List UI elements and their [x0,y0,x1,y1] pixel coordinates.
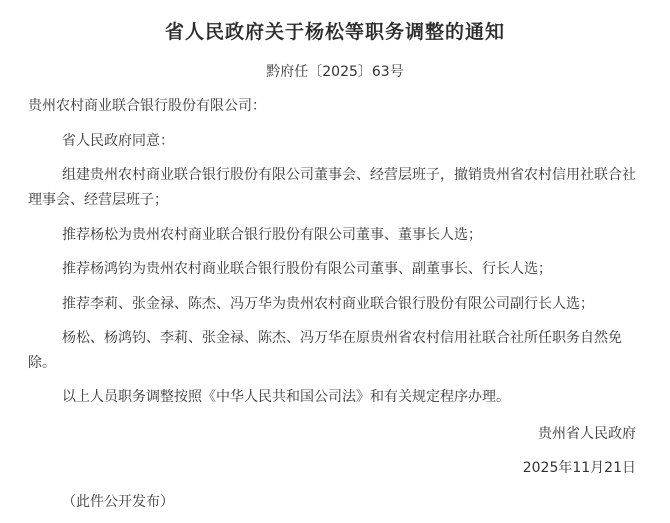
signature-organization: 贵州省人民政府 [538,424,636,444]
paragraph-restructure-line2: 理事会、经营层班子； [28,190,168,210]
paragraph-restructure-line1: 组建贵州农村商业联合银行股份有限公司董事会、经营层班子，撤销贵州省农村信用社联合… [62,165,636,185]
paragraph-president-nomination: 推荐杨鸿钧为贵州农村商业联合银行股份有限公司董事、副董事长、行长人选； [62,259,552,279]
document-title: 省人民政府关于杨松等职务调整的通知 [0,20,670,44]
addressee: 贵州农村商业联合银行股份有限公司： [28,96,266,116]
document-number: 黔府任〔2025〕63号 [0,62,670,82]
paragraph-dismissal-line1: 杨松、杨鸿钧、李莉、张金禄、陈杰、冯万华在原贵州省农村信用社联合社所任职务自然免 [62,328,622,348]
paragraph-vice-president-nomination: 推荐李莉、张金禄、陈杰、冯万华为贵州农村商业联合银行股份有限公司副行长人选； [62,294,594,314]
notice-document: 省人民政府关于杨松等职务调整的通知 黔府任〔2025〕63号 贵州农村商业联合银… [0,0,670,523]
paragraph-approval: 省人民政府同意： [62,131,174,151]
paragraph-chairman-nomination: 推荐杨松为贵州农村商业联合银行股份有限公司董事、董事长人选； [62,225,482,245]
paragraph-dismissal-line2: 除。 [28,353,56,373]
publication-note: （此件公开发布） [62,492,174,512]
signature-date: 2025年11月21日 [523,458,636,478]
paragraph-procedure: 以上人员职务调整按照《中华人民共和国公司法》和有关规定程序办理。 [62,387,510,407]
